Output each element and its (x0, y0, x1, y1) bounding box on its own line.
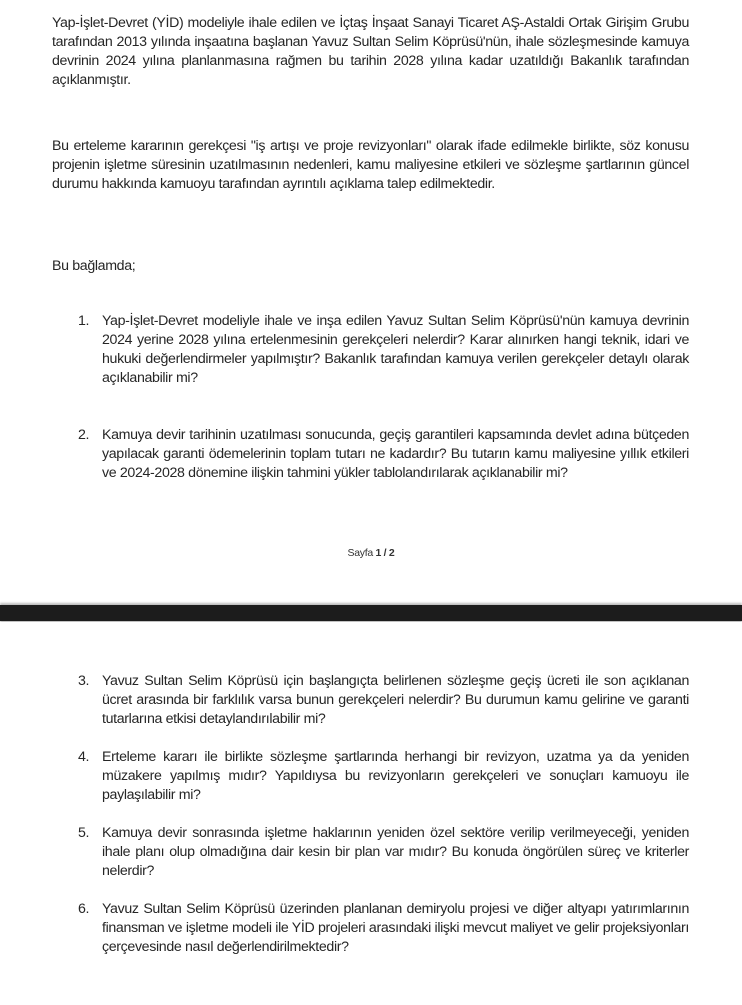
question-number: 6. (78, 900, 100, 919)
question-item: 5. Kamuya devir sonrasında işletme hakla… (78, 824, 689, 881)
page-total: 2 (389, 547, 395, 559)
page-separator: / (384, 547, 387, 559)
question-number: 2. (78, 426, 100, 445)
question-text: Erteleme kararı ile birlikte sözleşme şa… (102, 748, 689, 805)
question-item: 1. Yap-İşlet-Devret modeliyle ihale ve i… (78, 312, 689, 388)
context-paragraph: Bu bağlamda; (52, 257, 689, 276)
question-item: 3. Yavuz Sultan Selim Köprüsü için başla… (78, 672, 689, 729)
question-item: 4. Erteleme kararı ile birlikte sözleşme… (78, 748, 689, 805)
question-number: 1. (78, 312, 100, 331)
intro-paragraph: Yap-İşlet-Devret (YİD) modeliyle ihale e… (52, 14, 689, 90)
page-footer: Sayfa 1 / 2 (0, 547, 742, 559)
page-separator-bar (0, 605, 742, 621)
question-item: 2. Kamuya devir tarihinin uzatılması son… (78, 426, 689, 483)
question-text: Kamuya devir tarihinin uzatılması sonucu… (102, 426, 689, 483)
question-number: 4. (78, 748, 100, 767)
page-label: Sayfa (348, 547, 373, 559)
question-text: Kamuya devir sonrasında işletme hakların… (102, 824, 689, 881)
document-page-1 (0, 0, 742, 604)
request-paragraph: Bu erteleme kararının gerekçesi "iş artı… (52, 137, 689, 194)
page-current: 1 (376, 547, 382, 559)
question-number: 3. (78, 672, 100, 691)
question-number: 5. (78, 824, 100, 843)
question-text: Yavuz Sultan Selim Köprüsü için başlangı… (102, 672, 689, 729)
question-item: 6. Yavuz Sultan Selim Köprüsü üzerinden … (78, 900, 689, 957)
question-text: Yavuz Sultan Selim Köprüsü üzerinden pla… (102, 900, 689, 957)
question-text: Yap-İşlet-Devret modeliyle ihale ve inşa… (102, 312, 689, 388)
